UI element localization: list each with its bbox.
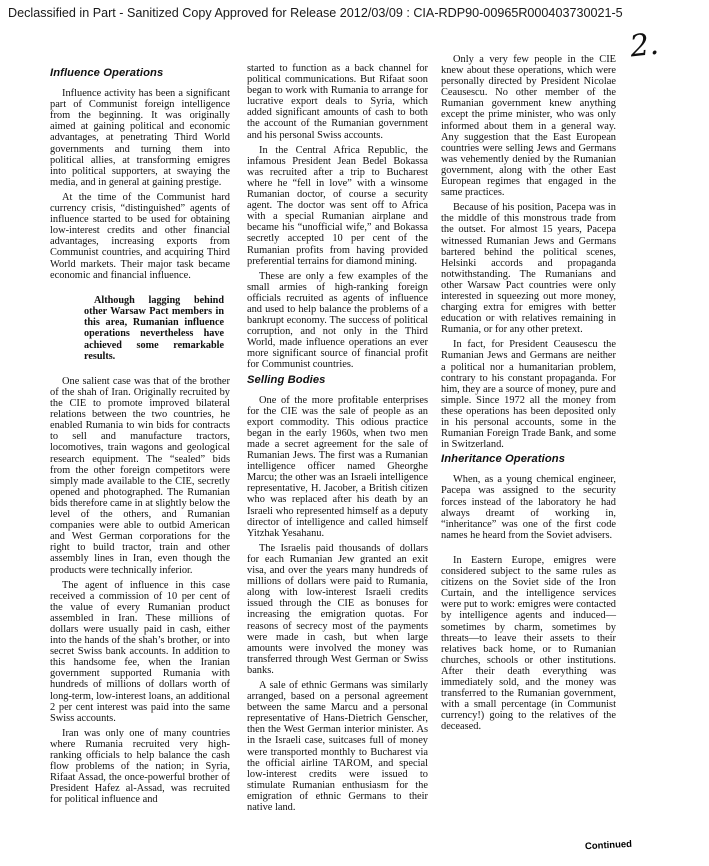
handwritten-page-number: 2.: [628, 27, 660, 65]
paragraph: In fact, for President Ceausescu the Rum…: [441, 339, 616, 450]
paragraph: Iran was only one of many countries wher…: [50, 728, 230, 806]
article-column-2: started to function as a back channel fo…: [247, 63, 428, 817]
paragraph: One salient case was that of the brother…: [50, 376, 230, 576]
paragraph: At the time of the Communist hard curren…: [50, 192, 230, 281]
section-heading-selling-bodies: Selling Bodies: [247, 375, 428, 386]
paragraph: In Eastern Europe, emigres were consider…: [441, 555, 616, 733]
paragraph: In the Central Africa Republic, the infa…: [247, 145, 428, 267]
section-heading-inheritance-operations: Inheritance Operations: [441, 454, 616, 465]
spacer: [441, 545, 616, 555]
continued-stamp: Continued: [585, 839, 632, 852]
paragraph: The agent of influence in this case rece…: [50, 580, 230, 724]
section-heading-influence-operations: Influence Operations: [50, 68, 230, 79]
paragraph: Influence activity has been a significan…: [50, 88, 230, 188]
paragraph: One of the more profitable enterprises f…: [247, 395, 428, 539]
pull-quote: Although lagging behind other Warsaw Pac…: [84, 295, 224, 362]
declassification-header: Declassified in Part - Sanitized Copy Ap…: [8, 6, 623, 20]
paragraph: When, as a young chemical engineer, Pace…: [441, 474, 616, 541]
paragraph: Only a very few people in the CIE knew a…: [441, 54, 616, 198]
paragraph: These are only a few examples of the sma…: [247, 271, 428, 371]
paragraph: A sale of ethnic Germans was similarly a…: [247, 680, 428, 813]
paragraph: The Israelis paid thousands of dollars f…: [247, 543, 428, 676]
paragraph: Because of his position, Pacepa was in t…: [441, 202, 616, 335]
article-column-3: Only a very few people in the CIE knew a…: [441, 54, 616, 736]
article-column-1: Influence Operations Influence activity …: [50, 64, 230, 809]
paragraph: started to function as a back channel fo…: [247, 63, 428, 141]
